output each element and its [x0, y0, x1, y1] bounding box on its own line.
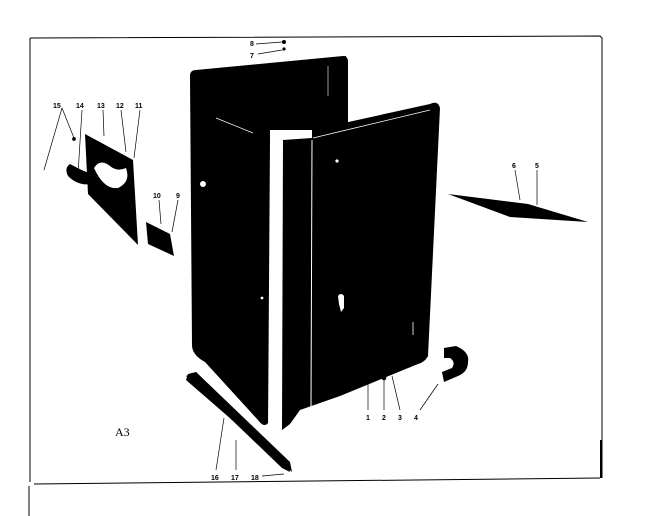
top-fasteners [256, 40, 286, 54]
part-label-7: 7 [250, 53, 254, 60]
part-label-18: 18 [251, 475, 259, 482]
bracket-part [442, 346, 468, 382]
small-bar-part [146, 222, 174, 256]
part-label-5: 5 [535, 163, 539, 170]
cabinet-body [190, 56, 440, 435]
part-label-1: 1 [366, 415, 370, 422]
figure-label: A3 [115, 425, 130, 439]
part-label-15: 15 [53, 103, 61, 110]
part-label-3: 3 [398, 415, 402, 422]
part-label-4: 4 [414, 415, 418, 422]
part-label-8: 8 [250, 41, 254, 48]
part-label-9: 9 [176, 193, 180, 200]
part-label-14: 14 [76, 103, 84, 110]
parts-diagram: 15 14 13 12 11 10 9 8 7 6 5 1 2 3 4 16 1… [0, 0, 656, 516]
part-label-11: 11 [135, 103, 143, 110]
part-label-10: 10 [153, 193, 161, 200]
side-access-panel [85, 134, 138, 245]
top-plate-part [448, 194, 588, 222]
part-label-12: 12 [116, 103, 124, 110]
part-label-17: 17 [231, 475, 239, 482]
part-label-2: 2 [382, 415, 386, 422]
part-label-16: 16 [211, 475, 219, 482]
part-label-6: 6 [512, 163, 516, 170]
part-label-13: 13 [97, 103, 105, 110]
